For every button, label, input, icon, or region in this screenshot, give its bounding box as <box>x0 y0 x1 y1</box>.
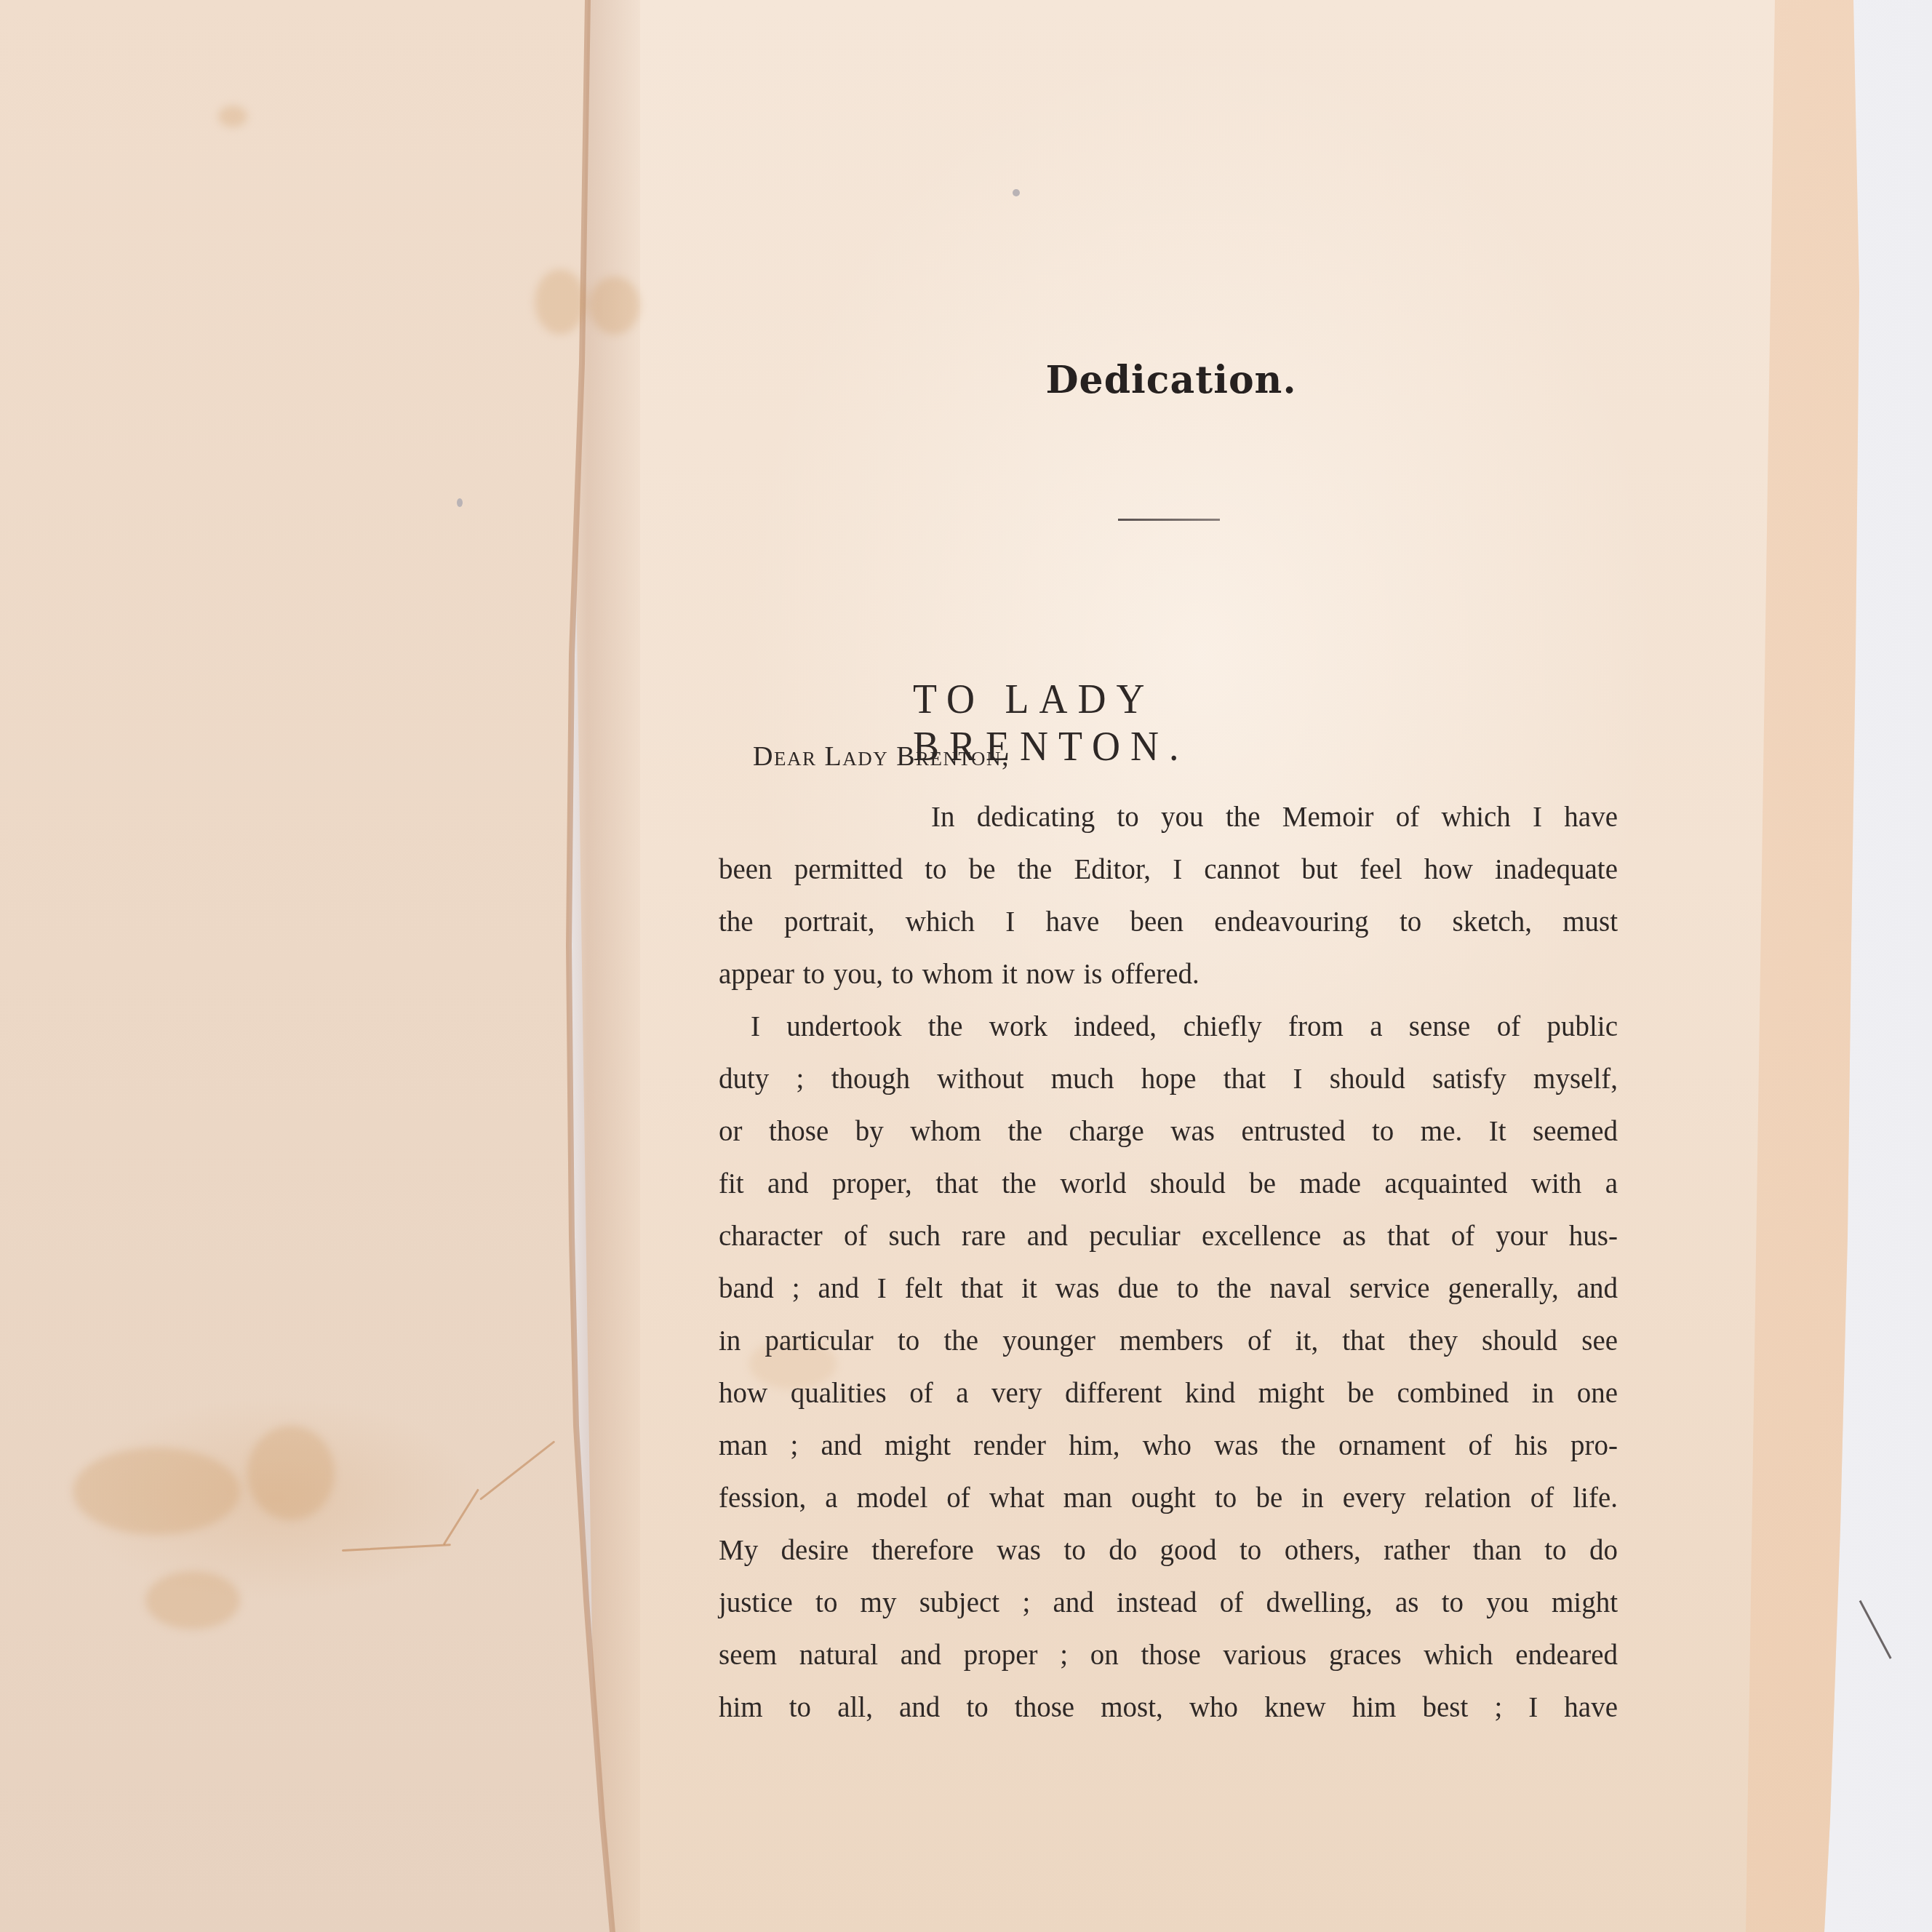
text-line: band ; and I felt that it was due to the… <box>719 1272 1618 1324</box>
text-line: how qualities of a very different kind m… <box>719 1376 1618 1429</box>
text-line: I undertook the work indeed, chiefly fro… <box>719 1010 1618 1062</box>
text-line: duty ; though without much hope that I s… <box>719 1062 1618 1114</box>
text-line: justice to my subject ; and instead of d… <box>719 1586 1618 1638</box>
page-text: Dedication. TO LADY BRENTON. Dear Lady B… <box>0 0 1932 1932</box>
text-line: character of such rare and peculiar exce… <box>719 1219 1618 1272</box>
text-line: man ; and might render him, who was the … <box>719 1429 1618 1481</box>
text-line: or those by whom the charge was entruste… <box>719 1114 1618 1167</box>
dedication-body: In dedicating to you the Memoir of which… <box>719 800 1618 1743</box>
text-line: appear to you, to whom it now is offered… <box>719 957 1618 1010</box>
text-line: been permitted to be the Editor, I canno… <box>719 853 1618 905</box>
text-line: seem natural and proper ; on those vario… <box>719 1638 1618 1691</box>
title-rule <box>1118 519 1220 521</box>
text-line: in particular to the younger members of … <box>719 1324 1618 1376</box>
text-line: My desire therefore was to do good to ot… <box>719 1533 1618 1586</box>
page-title: Dedication. <box>1033 358 1309 402</box>
text-line: fit and proper, that the world should be… <box>719 1167 1618 1219</box>
salutation: Dear Lady Brenton, <box>753 741 1010 773</box>
text-line: him to all, and to those most, who knew … <box>719 1691 1618 1743</box>
text-line: In dedicating to you the Memoir of which… <box>719 800 1618 853</box>
text-line: the portrait, which I have been endeavou… <box>719 905 1618 957</box>
book-spread: Dedication. TO LADY BRENTON. Dear Lady B… <box>0 0 1932 1932</box>
text-line: fession, a model of what man ought to be… <box>719 1481 1618 1533</box>
